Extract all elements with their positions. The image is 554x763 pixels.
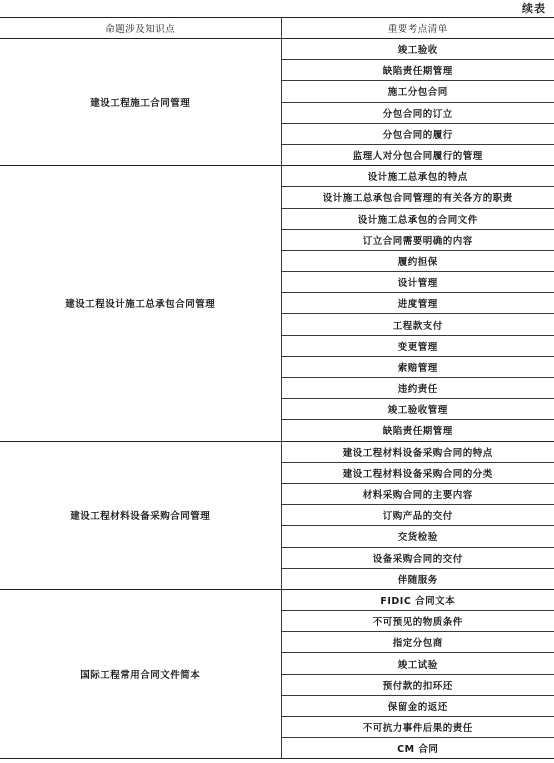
key-point-cell: 索赔管理 xyxy=(281,356,554,377)
key-point-cell: 设计施工总承包合同管理的有关各方的职责 xyxy=(281,187,554,208)
topic-cell: 建设工程设计施工总承包合同管理 xyxy=(0,166,281,441)
key-point-cell: 施工分包合同 xyxy=(281,81,554,102)
key-point-cell: 预付款的扣环还 xyxy=(281,674,554,695)
key-point-cell: 保留金的返还 xyxy=(281,695,554,716)
key-point-cell: 设计施工总承包的合同文件 xyxy=(281,208,554,229)
key-point-cell: 分包合同的订立 xyxy=(281,102,554,123)
key-point-cell: 交货检验 xyxy=(281,526,554,547)
key-point-cell: 不可抗力事件后果的责任 xyxy=(281,717,554,738)
table-continued-caption: 续表 xyxy=(522,0,546,17)
topic-cell: 建设工程施工合同管理 xyxy=(0,39,281,166)
key-point-cell: 履约担保 xyxy=(281,250,554,271)
key-point-cell: 设计施工总承包的特点 xyxy=(281,166,554,187)
table-row: 建设工程设计施工总承包合同管理设计施工总承包的特点 xyxy=(0,166,554,187)
key-point-cell: 变更管理 xyxy=(281,335,554,356)
header-key-points: 重要考点清单 xyxy=(281,18,554,39)
header-topic: 命题涉及知识点 xyxy=(0,18,281,39)
key-point-cell: 分包合同的履行 xyxy=(281,123,554,144)
key-point-cell: 建设工程材料设备采购合同的分类 xyxy=(281,462,554,483)
key-point-cell: 缺陷责任期管理 xyxy=(281,420,554,441)
key-point-cell: 建设工程材料设备采购合同的特点 xyxy=(281,441,554,462)
key-point-cell: 竣工试验 xyxy=(281,653,554,674)
key-point-cell: 订购产品的交付 xyxy=(281,505,554,526)
key-point-cell: 不可预见的物质条件 xyxy=(281,611,554,632)
key-point-cell: 违约责任 xyxy=(281,378,554,399)
key-point-cell: 材料采购合同的主要内容 xyxy=(281,483,554,504)
table-row: 建设工程施工合同管理竣工验收 xyxy=(0,39,554,60)
key-point-cell: 缺陷责任期管理 xyxy=(281,60,554,81)
key-point-cell: FIDIC 合同文本 xyxy=(281,589,554,610)
table-row: 建设工程材料设备采购合同管理建设工程材料设备采购合同的特点 xyxy=(0,441,554,462)
key-point-cell: 竣工验收管理 xyxy=(281,399,554,420)
topic-cell: 国际工程常用合同文件简本 xyxy=(0,589,281,759)
key-point-cell: 订立合同需要明确的内容 xyxy=(281,229,554,250)
key-point-cell: 进度管理 xyxy=(281,293,554,314)
key-point-cell: 指定分包商 xyxy=(281,632,554,653)
key-point-cell: 工程款支付 xyxy=(281,314,554,335)
key-point-cell: 竣工验收 xyxy=(281,39,554,60)
table-header-row: 命题涉及知识点 重要考点清单 xyxy=(0,18,554,39)
key-point-cell: 监理人对分包合同履行的管理 xyxy=(281,144,554,165)
key-point-cell: CM 合同 xyxy=(281,738,554,759)
table-row: 国际工程常用合同文件简本FIDIC 合同文本 xyxy=(0,589,554,610)
key-point-cell: 设计管理 xyxy=(281,272,554,293)
knowledge-points-table: 命题涉及知识点 重要考点清单 建设工程施工合同管理竣工验收缺陷责任期管理施工分包… xyxy=(0,17,554,759)
key-point-cell: 伴随服务 xyxy=(281,568,554,589)
key-point-cell: 设备采购合同的交付 xyxy=(281,547,554,568)
topic-cell: 建设工程材料设备采购合同管理 xyxy=(0,441,281,589)
